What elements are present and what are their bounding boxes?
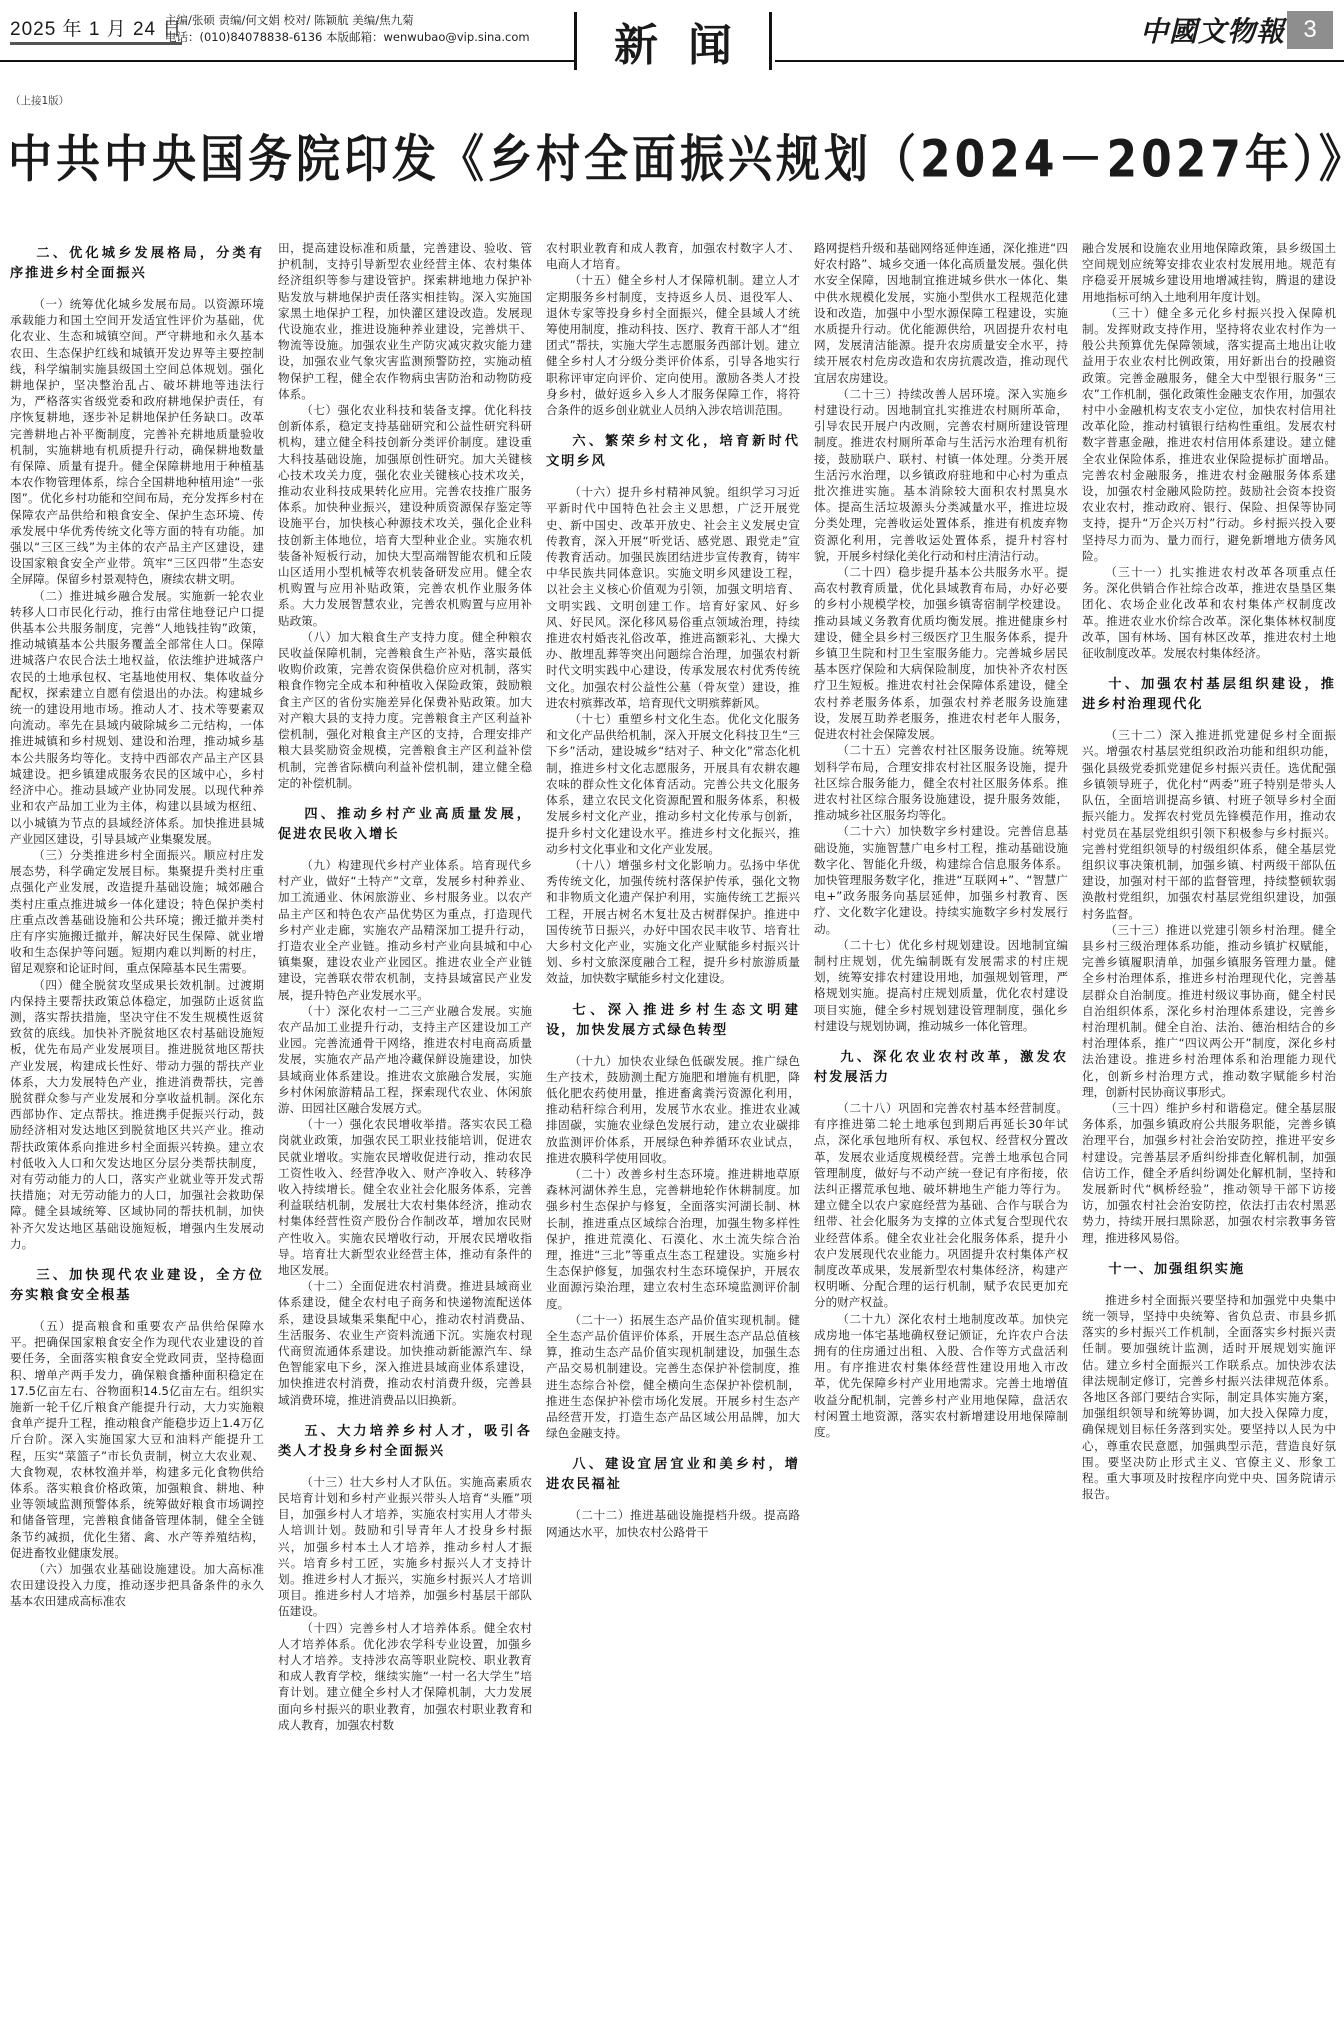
column-4: 路网提档升级和基础网络延伸连通，深化推进“四好农村路”、城乡交通一体化高质量发展… xyxy=(814,240,1068,2040)
paragraph: （三十四）维护乡村和谐稳定。健全基层服务体系，加强乡镇政府公共服务职能，完善乡镇… xyxy=(1082,1100,1336,1246)
paragraph: （六）加强农业基础设施建设。加大高标准农田建设投入力度，推动逐步把具备条件的永久… xyxy=(10,1561,264,1610)
paragraph: （十四）完善乡村人才培养体系。健全农村人才培养体系。优化涉农学科专业设置，加强乡… xyxy=(278,1620,532,1733)
paragraph: 田，提高建设标准和质量，完善建设、验收、管护机制，支持引导新型农业经营主体、农村… xyxy=(278,240,532,402)
headline: 中共中央国务院印发《乡村全面振兴规划（2024－2027年）》 xyxy=(8,118,1338,192)
paragraph: （二十）改善乡村生态环境。推进耕地草原森林河湖休养生息，完善耕地轮作休耕制度。加… xyxy=(546,1166,800,1312)
section-heading: 五、大力培养乡村人才，吸引各类人才投身乡村全面振兴 xyxy=(278,1422,532,1462)
section-heading: 三、加快现代农业建设，全方位夯实粮食安全根基 xyxy=(10,1266,264,1306)
paragraph: （一）统筹优化城乡发展布局。以资源环境承载能力和国土空间开发适宜性评价为基础，优… xyxy=(10,296,264,588)
paragraph: （十二）全面促进农村消费。推进县域商业体系建设，健全农村电子商务和快递物流配送体… xyxy=(278,1278,532,1408)
paragraph: （七）强化农业科技和装备支撑。优化科技创新体系，稳定支持基础研究和公益性研究科研… xyxy=(278,402,532,629)
paragraph: （十六）提升乡村精神风貌。组织学习习近平新时代中国特色社会主义思想，广泛开展党史… xyxy=(546,484,800,711)
section-title: 新闻 xyxy=(574,12,772,70)
paragraph: （十）深化农村一二三产业融合发展。实施农产品加工业提升行动，支持主产区建设加工产… xyxy=(278,1003,532,1116)
section-heading: 二、优化城乡发展格局，分类有序推进乡村全面振兴 xyxy=(10,244,264,284)
section-heading: 十一、加强组织实施 xyxy=(1082,1260,1336,1280)
editorial-credits: 主编/张硕 责编/何文娟 校对/ 陈颖航 美编/焦九菊 电话：(010)8407… xyxy=(165,12,530,46)
paragraph: （三十三）推进以党建引领乡村治理。健全县乡村三级治理体系功能，推动乡镇扩权赋能，… xyxy=(1082,922,1336,1100)
paragraph: （二十五）完善农村社区服务设施。统筹规划科学布局，合理安排农村社区服务设施，提升… xyxy=(814,742,1068,823)
header-rule-right xyxy=(775,60,1344,62)
paragraph: （三十）健全多元化乡村振兴投入保障机制。发挥财政支持作用，坚持将农业农村作为一般… xyxy=(1082,305,1336,564)
paragraph: （十八）增强乡村文化影响力。弘扬中华优秀传统文化，加强传统村落保护传承，强化文物… xyxy=(546,857,800,987)
contact-info: 电话：(010)84078838-6136 本版邮箱：wenwubao@vip.… xyxy=(165,29,530,46)
paragraph: （八）加大粮食生产支持力度。健全种粮农民收益保障机制，完善粮食生产补贴，落实最低… xyxy=(278,629,532,791)
section-heading: 四、推动乡村产业高质量发展，促进农民收入增长 xyxy=(278,805,532,845)
paragraph: （二十三）持续改善人居环境。深入实施乡村建设行动。因地制宜扎实推进农村厕所革命，… xyxy=(814,386,1068,564)
paragraph: （五）提高粮食和重要农产品供给保障水平。把确保国家粮食安全作为现代农业建设的首要… xyxy=(10,1318,264,1561)
issue-date: 2025 年 1 月 24 日 xyxy=(10,14,182,45)
section-heading: 九、深化农业农村改革，激发农村发展活力 xyxy=(814,1048,1068,1088)
paragraph: （十七）重塑乡村文化生态。优化文化服务和文化产品供给机制，深入开展文化科技卫生“… xyxy=(546,711,800,857)
paragraph: 推进乡村全面振兴要坚持和加强党中央集中统一领导，坚持中央统筹、省负总责、市县乡抓… xyxy=(1082,1292,1336,1503)
newspaper-logo: 中國文物報 xyxy=(1140,10,1285,50)
paragraph: （二十一）拓展生态产品价值实现机制。健全生态产品价值评价体系，开展生态产品总值核… xyxy=(546,1312,800,1442)
section-heading: 六、繁荣乡村文化，培育新时代文明乡风 xyxy=(546,432,800,472)
continued-from-note: （上接1版） xyxy=(10,93,69,108)
masthead: 2025 年 1 月 24 日 主编/张硕 责编/何文娟 校对/ 陈颖航 美编/… xyxy=(0,0,1344,70)
paragraph: （二十八）巩固和完善农村基本经营制度。有序推进第二轮土地承包到期后再延长30年试… xyxy=(814,1100,1068,1311)
paragraph: 农村职业教育和成人教育，加强农村数字人才、电商人才培育。 xyxy=(546,240,800,272)
paragraph: （二十九）深化农村土地制度改革。加快完成房地一体宅基地确权登记颁证，允许农户合法… xyxy=(814,1311,1068,1441)
paragraph: （十三）壮大乡村人才队伍。实施高素质农民培育计划和乡村产业振兴带头人培育“头雁”… xyxy=(278,1474,532,1620)
paragraph: （三十一）扎实推进农村改革各项重点任务。深化供销合作社综合改革，推进农垦垦区集团… xyxy=(1082,564,1336,661)
paragraph: （二十七）优化乡村规划建设。因地制宜编制村庄规划，优先编制既有发展需求的村庄规划… xyxy=(814,937,1068,1034)
column-5: 融合发展和设施农业用地保障政策，县乡级国土空间规划应统筹安排农业农村发展用地。规… xyxy=(1082,240,1336,2040)
paragraph: （四）健全脱贫攻坚成果长效机制。过渡期内保持主要帮扶政策总体稳定，加强防止返贫监… xyxy=(10,977,264,1252)
paragraph: （二十二）推进基础设施提档升级。提高路网通达水平，加快农村公路骨干 xyxy=(546,1507,800,1539)
paragraph: （三）分类推进乡村全面振兴。顺应村庄发展态势，科学确定发展目标。集聚提升类村庄重… xyxy=(10,847,264,977)
paragraph: （二十六）加快数字乡村建设。完善信息基础设施，实施智慧广电乡村工程，推动基础设施… xyxy=(814,823,1068,936)
article-body: 二、优化城乡发展格局，分类有序推进乡村全面振兴（一）统筹优化城乡发展布局。以资源… xyxy=(10,240,1336,2040)
paragraph: 融合发展和设施农业用地保障政策，县乡级国土空间规划应统筹安排农业农村发展用地。规… xyxy=(1082,240,1336,305)
editor-names: 主编/张硕 责编/何文娟 校对/ 陈颖航 美编/焦九菊 xyxy=(165,12,530,29)
paragraph: （九）构建现代乡村产业体系。培育现代乡村产业，做好“土特产”文章，发展乡村种养业… xyxy=(278,857,532,1003)
column-2: 田，提高建设标准和质量，完善建设、验收、管护机制，支持引导新型农业经营主体、农村… xyxy=(278,240,532,2040)
column-3: 农村职业教育和成人教育，加强农村数字人才、电商人才培育。（十五）健全乡村人才保障… xyxy=(546,240,800,2040)
paragraph: （十五）健全乡村人才保障机制。建立人才定期服务乡村制度，支持返乡人员、退役军人、… xyxy=(546,272,800,418)
paragraph: （二十四）稳步提升基本公共服务水平。提高农村教育质量，优化县域教育布局，办好必要… xyxy=(814,564,1068,742)
section-heading: 八、建设宜居宜业和美乡村，增进农民福祉 xyxy=(546,1455,800,1495)
paragraph: （十九）加快农业绿色低碳发展。推广绿色生产技术，鼓励测土配方施肥和增施有机肥，降… xyxy=(546,1053,800,1166)
header-rule-left xyxy=(0,60,574,62)
paragraph: 路网提档升级和基础网络延伸连通，深化推进“四好农村路”、城乡交通一体化高质量发展… xyxy=(814,240,1068,386)
paragraph: （三十二）深入推进抓党建促乡村全面振兴。增强农村基层党组织政治功能和组织功能，强… xyxy=(1082,727,1336,921)
paragraph: （十一）强化农民增收举措。落实农民工稳岗就业政策，加强农民工职业技能培训，促进农… xyxy=(278,1116,532,1278)
page-number-badge: 3 xyxy=(1287,11,1333,49)
column-1: 二、优化城乡发展格局，分类有序推进乡村全面振兴（一）统筹优化城乡发展布局。以资源… xyxy=(10,240,264,2040)
section-heading: 十、加强农村基层组织建设，推进乡村治理现代化 xyxy=(1082,675,1336,715)
paragraph: （二）推进城乡融合发展。实施新一轮农业转移人口市民化行动，推行由常住地登记户口提… xyxy=(10,588,264,847)
section-heading: 七、深入推进乡村生态文明建设，加快发展方式绿色转型 xyxy=(546,1001,800,1041)
